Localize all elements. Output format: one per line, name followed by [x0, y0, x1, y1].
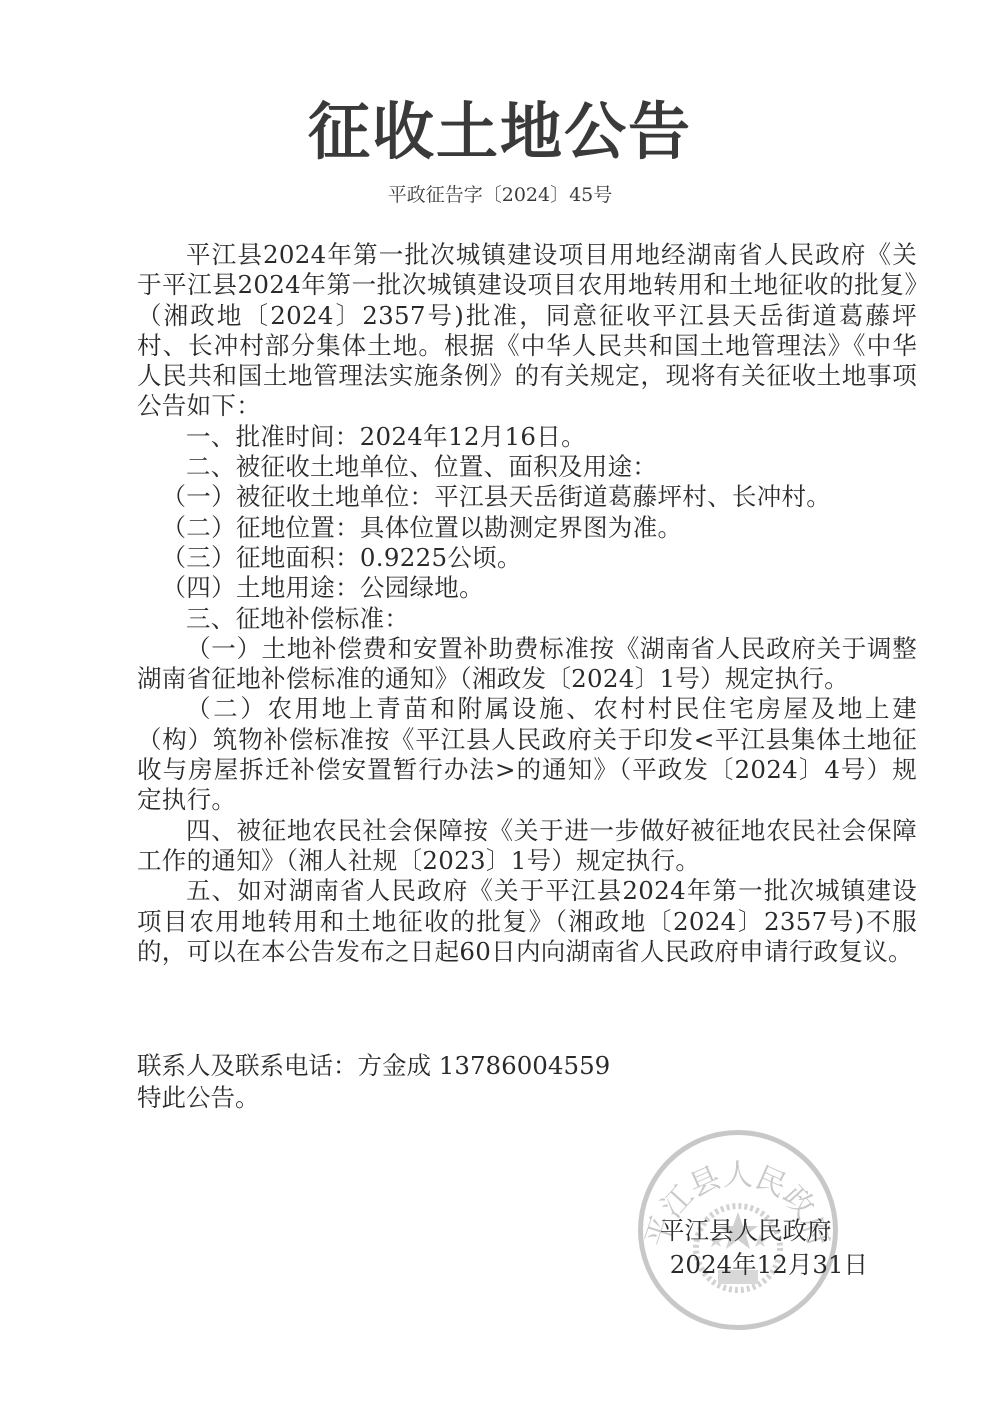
document-body: 平江县2024年第一批次城镇建设项目用地经湖南省人民政府《关于平江县2024年第… — [137, 240, 917, 967]
signature-block: 平江县人民政府 2024年12月31日 — [652, 1214, 868, 1282]
land-area: （三）征地面积：0.9225公顷。 — [137, 543, 917, 573]
compensation-structures: （二）农用地上青苗和附属设施、农村村民住宅房屋及地上建（构）筑物补偿标准按《平江… — [137, 694, 917, 815]
land-location: （二）征地位置：具体位置以勘测定界图为准。 — [137, 513, 917, 543]
signing-organization: 平江县人民政府 — [652, 1214, 868, 1248]
section-approval-time: 一、批准时间：2024年12月16日。 — [137, 422, 917, 452]
signing-date: 2024年12月31日 — [652, 1248, 868, 1282]
intro-paragraph: 平江县2024年第一批次城镇建设项目用地经湖南省人民政府《关于平江县2024年第… — [137, 240, 917, 422]
section-appeal: 五、如对湖南省人民政府《关于平江县2024年第一批次城镇建设项目农用地转用和土地… — [137, 876, 917, 967]
contact-line: 联系人及联系电话：方金成 13786004559 — [137, 1050, 610, 1082]
section-land-info: 二、被征收土地单位、位置、面积及用途： — [137, 452, 917, 482]
land-unit: （一）被征收土地单位：平江县天岳街道葛藤坪村、长冲村。 — [137, 482, 917, 512]
closing-line: 特此公告。 — [137, 1082, 610, 1114]
contact-block: 联系人及联系电话：方金成 13786004559 特此公告。 — [137, 1050, 610, 1114]
section-compensation: 三、征地补偿标准： — [137, 604, 917, 634]
document-title: 征收土地公告 — [0, 82, 1000, 171]
land-use: （四）土地用途：公园绿地。 — [137, 573, 917, 603]
compensation-land: （一）土地补偿费和安置补助费标准按《湖南省人民政府关于调整湖南省征地补偿标准的通… — [137, 634, 917, 695]
document-number: 平政征告字〔2024〕45号 — [0, 180, 1000, 207]
section-social-security: 四、被征地农民社会保障按《关于进一步做好被征地农民社会保障工作的通知》（湘人社规… — [137, 816, 917, 877]
